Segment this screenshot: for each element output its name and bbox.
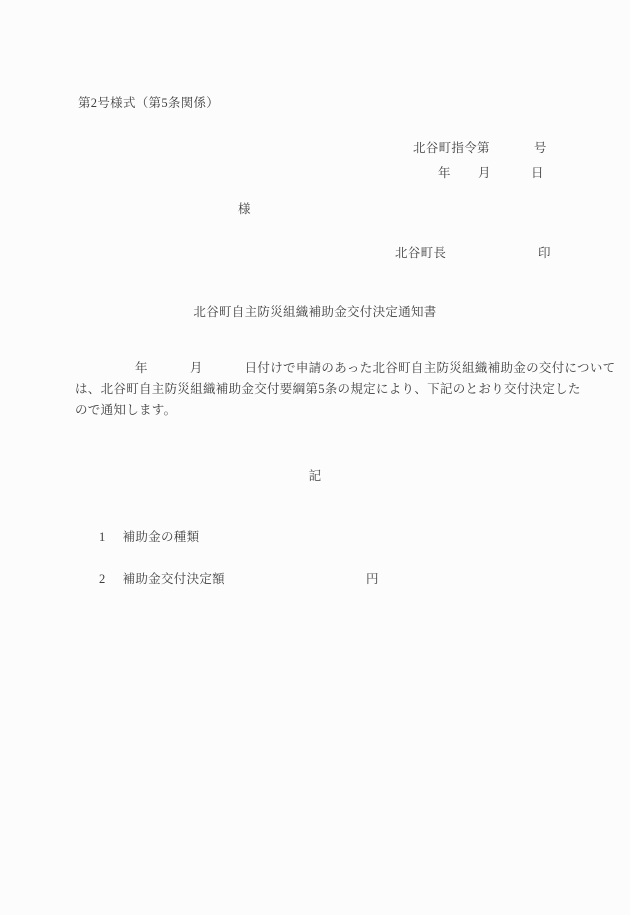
date-month-label: 月 bbox=[478, 166, 491, 180]
form-number-label: 第2号様式（第5条関係） bbox=[78, 96, 219, 110]
body-indent-blank bbox=[75, 371, 135, 372]
item-label: 補助金の種類 bbox=[123, 530, 200, 544]
item-number-gap bbox=[106, 540, 123, 541]
list-item-2: 2補助金交付決定額 bbox=[99, 572, 225, 586]
body-month-label: 月 bbox=[190, 361, 203, 375]
item-2-unit-label: 円 bbox=[366, 572, 379, 586]
document-page: 第2号様式（第5条関係） 北谷町指令第号 年 月 日 様 北谷町長 印 北谷町自… bbox=[0, 0, 630, 915]
addressee-honorific: 様 bbox=[238, 202, 251, 216]
document-title: 北谷町自主防災組織補助金交付決定通知書 bbox=[0, 305, 630, 319]
list-item-1: 1補助金の種類 bbox=[99, 530, 199, 544]
item-number: 1 bbox=[99, 530, 106, 544]
directive-suffix-label: 号 bbox=[534, 141, 547, 155]
body-line-1: 年月日付けで申請のあった北谷町自主防災組織補助金の交付について bbox=[75, 361, 615, 375]
item-label: 補助金交付決定額 bbox=[123, 572, 225, 586]
body-day-blank bbox=[203, 371, 245, 372]
issuer-title: 北谷町長 bbox=[395, 246, 446, 260]
date-day-label: 日 bbox=[531, 166, 544, 180]
body-month-blank bbox=[148, 371, 190, 372]
item-number: 2 bbox=[99, 572, 106, 586]
date-year-label: 年 bbox=[438, 166, 451, 180]
body-line1-text: 日付けで申請のあった北谷町自主防災組織補助金の交付について bbox=[245, 361, 616, 375]
directive-prefix-label: 北谷町指令第 bbox=[413, 141, 490, 155]
directive-number-blank bbox=[490, 151, 534, 152]
issuer-seal-mark: 印 bbox=[538, 246, 551, 260]
item-number-gap bbox=[106, 582, 123, 583]
directive-number-line: 北谷町指令第号 bbox=[413, 141, 547, 155]
body-line-3: ので通知します。 bbox=[75, 403, 176, 417]
body-line-2: は、北谷町自主防災組織補助金交付要綱第5条の規定により、下記のとおり交付決定した bbox=[75, 382, 581, 396]
body-year-label: 年 bbox=[135, 361, 148, 375]
record-marker: 記 bbox=[0, 469, 630, 483]
